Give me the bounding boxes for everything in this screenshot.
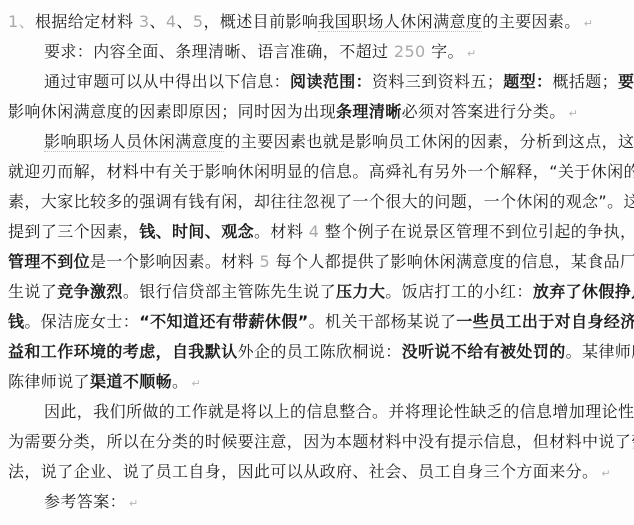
text-run: 我国职场人休闲满意度 bbox=[318, 12, 482, 32]
text-run: 题型： bbox=[503, 72, 552, 91]
paragraph-mark-icon: ↵ bbox=[601, 467, 611, 480]
text-run: 概括题； bbox=[552, 72, 618, 91]
text-run: “不知道还有带薪休假” bbox=[139, 312, 308, 331]
text-run: 资料三到资料五； bbox=[372, 72, 503, 91]
text-line: 生说了竞争激烈。银行信贷部主管陈先生说了压力大。饭店打工的小红：放弃了休假挣点 bbox=[8, 277, 630, 307]
text-run: 放弃了休假挣点 bbox=[533, 282, 634, 301]
text-run: 益和工作环境的考虑，自我默认 bbox=[8, 342, 238, 361]
text-run: 5 bbox=[260, 252, 271, 271]
text-run: 是一个影响因素。材料 bbox=[90, 252, 260, 271]
text-run: 。某律师所 bbox=[566, 342, 634, 361]
text-run: 钱 bbox=[8, 312, 24, 331]
text-run: ，概述目前影响 bbox=[203, 12, 318, 31]
text-run: 的主要因素也就是影响员工休闲的因素，分析到这点，这道题 bbox=[224, 132, 634, 151]
text-line: 素，大家比较多的强调有钱有闲，却往往忽视了一个很大的问题，一个休闲的观念”。这里 bbox=[8, 187, 630, 217]
text-run: 。银行信贷部主管陈先生说了 bbox=[123, 282, 336, 301]
text-run: 4 bbox=[309, 222, 320, 241]
paragraph-mark-icon: ↵ bbox=[129, 497, 139, 510]
text-run: 竞争激烈 bbox=[57, 282, 123, 301]
text-line: 要求：内容全面、条理清晰、语言准确，不超过 250 字。↵ bbox=[8, 37, 630, 67]
text-run: 。保洁庞女士： bbox=[24, 312, 139, 331]
text-line: 提到了三个因素，钱、时间、观念。材料 4 整个例子在说景区管理不到位引起的争执，… bbox=[8, 217, 630, 247]
text-line: 钱。保洁庞女士：“不知道还有带薪休假”。机关干部杨某说了一些员工出于对自身经济利 bbox=[8, 307, 630, 337]
text-run: 要求：内容全面、条理清晰、语言准确，不超过 bbox=[44, 42, 394, 61]
document-page: 1、根据给定材料 3、4、5，概述目前影响我国职场人休闲满意度的主要因素。↵要求… bbox=[0, 0, 634, 517]
text-run: 整个例子在说景区管理不到位引起的争执，因此， bbox=[319, 222, 634, 241]
text-line: 通过审题可以从中得出以下信息：阅读范围：资料三到资料五；题型：概括题；要素： bbox=[8, 67, 630, 97]
text-run: 法，说了企业、说了员工自身，因此可以从政府、社会、员工自身三个方面来分。 bbox=[8, 462, 598, 481]
text-run: 必须对答案进行分类。 bbox=[402, 102, 566, 121]
text-line: 因此，我们所做的工作就是将以上的信息整合。并将理论性缺乏的信息增加理论性。因 bbox=[8, 397, 630, 427]
text-run: 每个人都提供了影响休闲满意度的信息，某食品厂郑先 bbox=[270, 252, 634, 271]
text-run: 通过审题可以从中得出以下信息： bbox=[44, 72, 290, 91]
text-run: 、 bbox=[176, 12, 192, 31]
text-line: 益和工作环境的考虑，自我默认外企的员工陈欣桐说：没听说不给有被处罚的。某律师所 bbox=[8, 337, 630, 367]
text-run: 渠道不顺畅 bbox=[90, 372, 172, 391]
text-run: 。 bbox=[172, 372, 188, 391]
text-run: 一些员工出于对自身经济利 bbox=[456, 312, 634, 331]
text-run: 3 bbox=[139, 12, 150, 31]
text-run: 管理不到位 bbox=[8, 252, 90, 271]
text-run: 为需要分类，所以在分类的时候要注意，因为本题材料中没有提示信息，但材料中说了劳动 bbox=[8, 432, 634, 451]
text-run: 要素： bbox=[618, 72, 634, 91]
text-run: 字。 bbox=[426, 42, 464, 61]
text-run: 4 bbox=[166, 12, 177, 31]
text-run: 250 bbox=[394, 42, 426, 61]
text-run: 素，大家比较多的强调有钱有闲，却往往忽视了一个很大的问题，一个休闲的观念”。这里 bbox=[8, 192, 634, 211]
text-run: 影响休闲满意度的因素即原因；同时因为出现 bbox=[8, 102, 336, 121]
text-run: 影响职场人员休闲满意度 bbox=[44, 132, 224, 152]
text-run: 因此，我们所做的工作就是将以上的信息整合。并将理论性缺乏的信息增加理论性。因 bbox=[44, 402, 634, 421]
text-run: 阅读范围： bbox=[290, 72, 372, 91]
paragraph-mark-icon: ↵ bbox=[584, 17, 594, 30]
text-run: 。材料 bbox=[254, 222, 309, 241]
text-line: 参考答案：↵ bbox=[8, 487, 630, 517]
text-run: 提到了三个因素， bbox=[8, 222, 139, 241]
text-run: 。机关干部杨某说了 bbox=[309, 312, 457, 331]
text-run: 参考答案： bbox=[44, 492, 126, 511]
text-run: 就迎刃而解，材料中有关于影响休闲明显的信息。高舜礼有另外一个解释，“关于休闲的要 bbox=[8, 162, 634, 181]
paragraph-mark-icon: ↵ bbox=[191, 377, 201, 390]
text-line: 影响休闲满意度的因素即原因；同时因为出现条理清晰必须对答案进行分类。↵ bbox=[8, 97, 630, 127]
text-run: 根据给定材料 bbox=[35, 12, 139, 31]
text-line: 法，说了企业、说了员工自身，因此可以从政府、社会、员工自身三个方面来分。↵ bbox=[8, 457, 630, 487]
paragraph-mark-icon: ↵ bbox=[569, 107, 579, 120]
text-run: 、 bbox=[149, 12, 165, 31]
paragraph-mark-icon: ↵ bbox=[467, 47, 477, 60]
text-run: 的主要因素。 bbox=[482, 12, 580, 31]
text-line: 就迎刃而解，材料中有关于影响休闲明显的信息。高舜礼有另外一个解释，“关于休闲的要 bbox=[8, 157, 630, 187]
text-run: 。饭店打工的小红： bbox=[385, 282, 533, 301]
text-run: 钱、时间、观念 bbox=[139, 222, 254, 241]
text-line: 陈律师说了渠道不顺畅。↵ bbox=[8, 367, 630, 397]
text-run: 条理清晰 bbox=[336, 102, 402, 121]
text-run: 没听说不给有被处罚的 bbox=[402, 342, 566, 361]
text-run: 1、 bbox=[8, 12, 35, 31]
text-run: 外企的员工陈欣桐说： bbox=[238, 342, 402, 361]
text-line: 影响职场人员休闲满意度的主要因素也就是影响员工休闲的因素，分析到这点，这道题 bbox=[8, 127, 630, 157]
text-line: 管理不到位是一个影响因素。材料 5 每个人都提供了影响休闲满意度的信息，某食品厂… bbox=[8, 247, 630, 277]
text-line: 1、根据给定材料 3、4、5，概述目前影响我国职场人休闲满意度的主要因素。↵ bbox=[8, 7, 630, 37]
text-run: 5 bbox=[193, 12, 204, 31]
text-run: 生说了 bbox=[8, 282, 57, 301]
text-run: 陈律师说了 bbox=[8, 372, 90, 391]
text-line: 为需要分类，所以在分类的时候要注意，因为本题材料中没有提示信息，但材料中说了劳动 bbox=[8, 427, 630, 457]
text-run: 压力大 bbox=[336, 282, 385, 301]
